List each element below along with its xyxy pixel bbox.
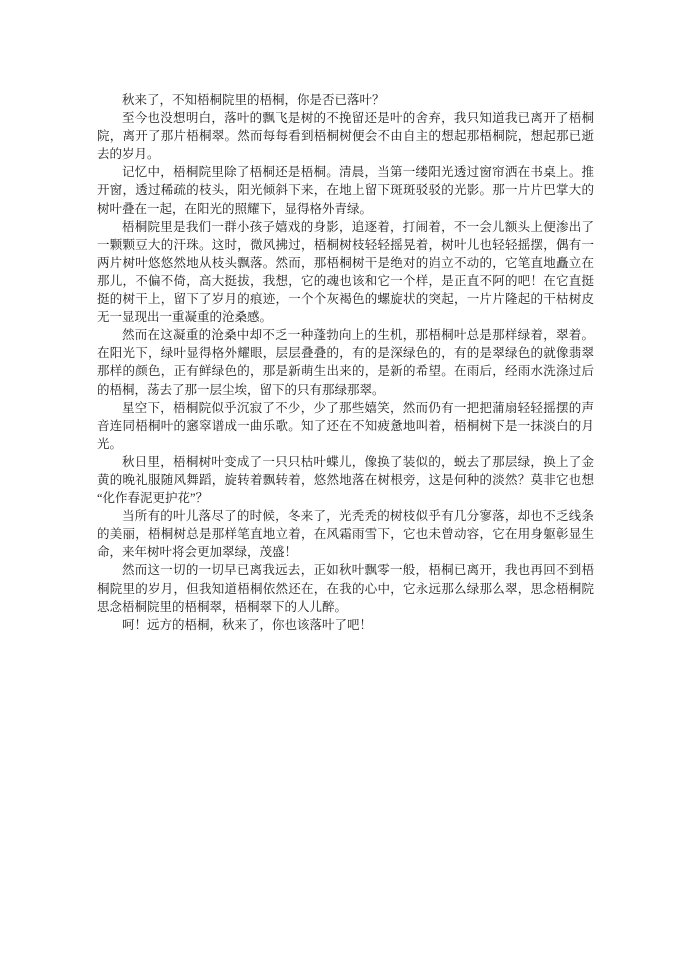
paragraph: 呵！远方的梧桐，秋来了，你也该落叶了吧！: [97, 616, 594, 634]
paragraph: 然而这一切的一切早已离我远去，正如秋叶飘零一般，梧桐已离开，我也再回不到梧桐院里…: [97, 561, 594, 615]
document-page: 秋来了，不知梧桐院里的梧桐，你是否已落叶？ 至今也没想明白，落叶的飘飞是树的不挽…: [0, 0, 690, 976]
paragraph: 当所有的叶儿落尽了的时候，冬来了，光秃秃的树枝似乎有几分寥落，却也不乏线条的美丽…: [97, 507, 594, 561]
paragraph: 梧桐院里是我们一群小孩子嬉戏的身影，追逐着，打闹着，不一会儿额头上便渗出了一颗颗…: [97, 218, 594, 327]
paragraph: 星空下，梧桐院似乎沉寂了不少，少了那些嬉笑，然而仍有一把把蒲扇轻轻摇摆的声音连同…: [97, 399, 594, 453]
paragraph: 秋来了，不知梧桐院里的梧桐，你是否已落叶？: [97, 91, 594, 109]
paragraph: 秋日里，梧桐树叶变成了一只只枯叶蝶儿，像换了装似的，蜕去了那层绿，换上了金黄的晚…: [97, 453, 594, 507]
paragraph: 至今也没想明白，落叶的飘飞是树的不挽留还是叶的舍弃，我只知道我已离开了梧桐院，离…: [97, 109, 594, 163]
paragraph: 记忆中，梧桐院里除了梧桐还是梧桐。清晨，当第一缕阳光透过窗帘洒在书桌上。推开窗，…: [97, 163, 594, 217]
essay-body: 秋来了，不知梧桐院里的梧桐，你是否已落叶？ 至今也没想明白，落叶的飘飞是树的不挽…: [97, 91, 594, 634]
paragraph: 然而在这凝重的沧桑中却不乏一种蓬勃向上的生机，那梧桐叶总是那样绿着，翠着。在阳光…: [97, 326, 594, 398]
